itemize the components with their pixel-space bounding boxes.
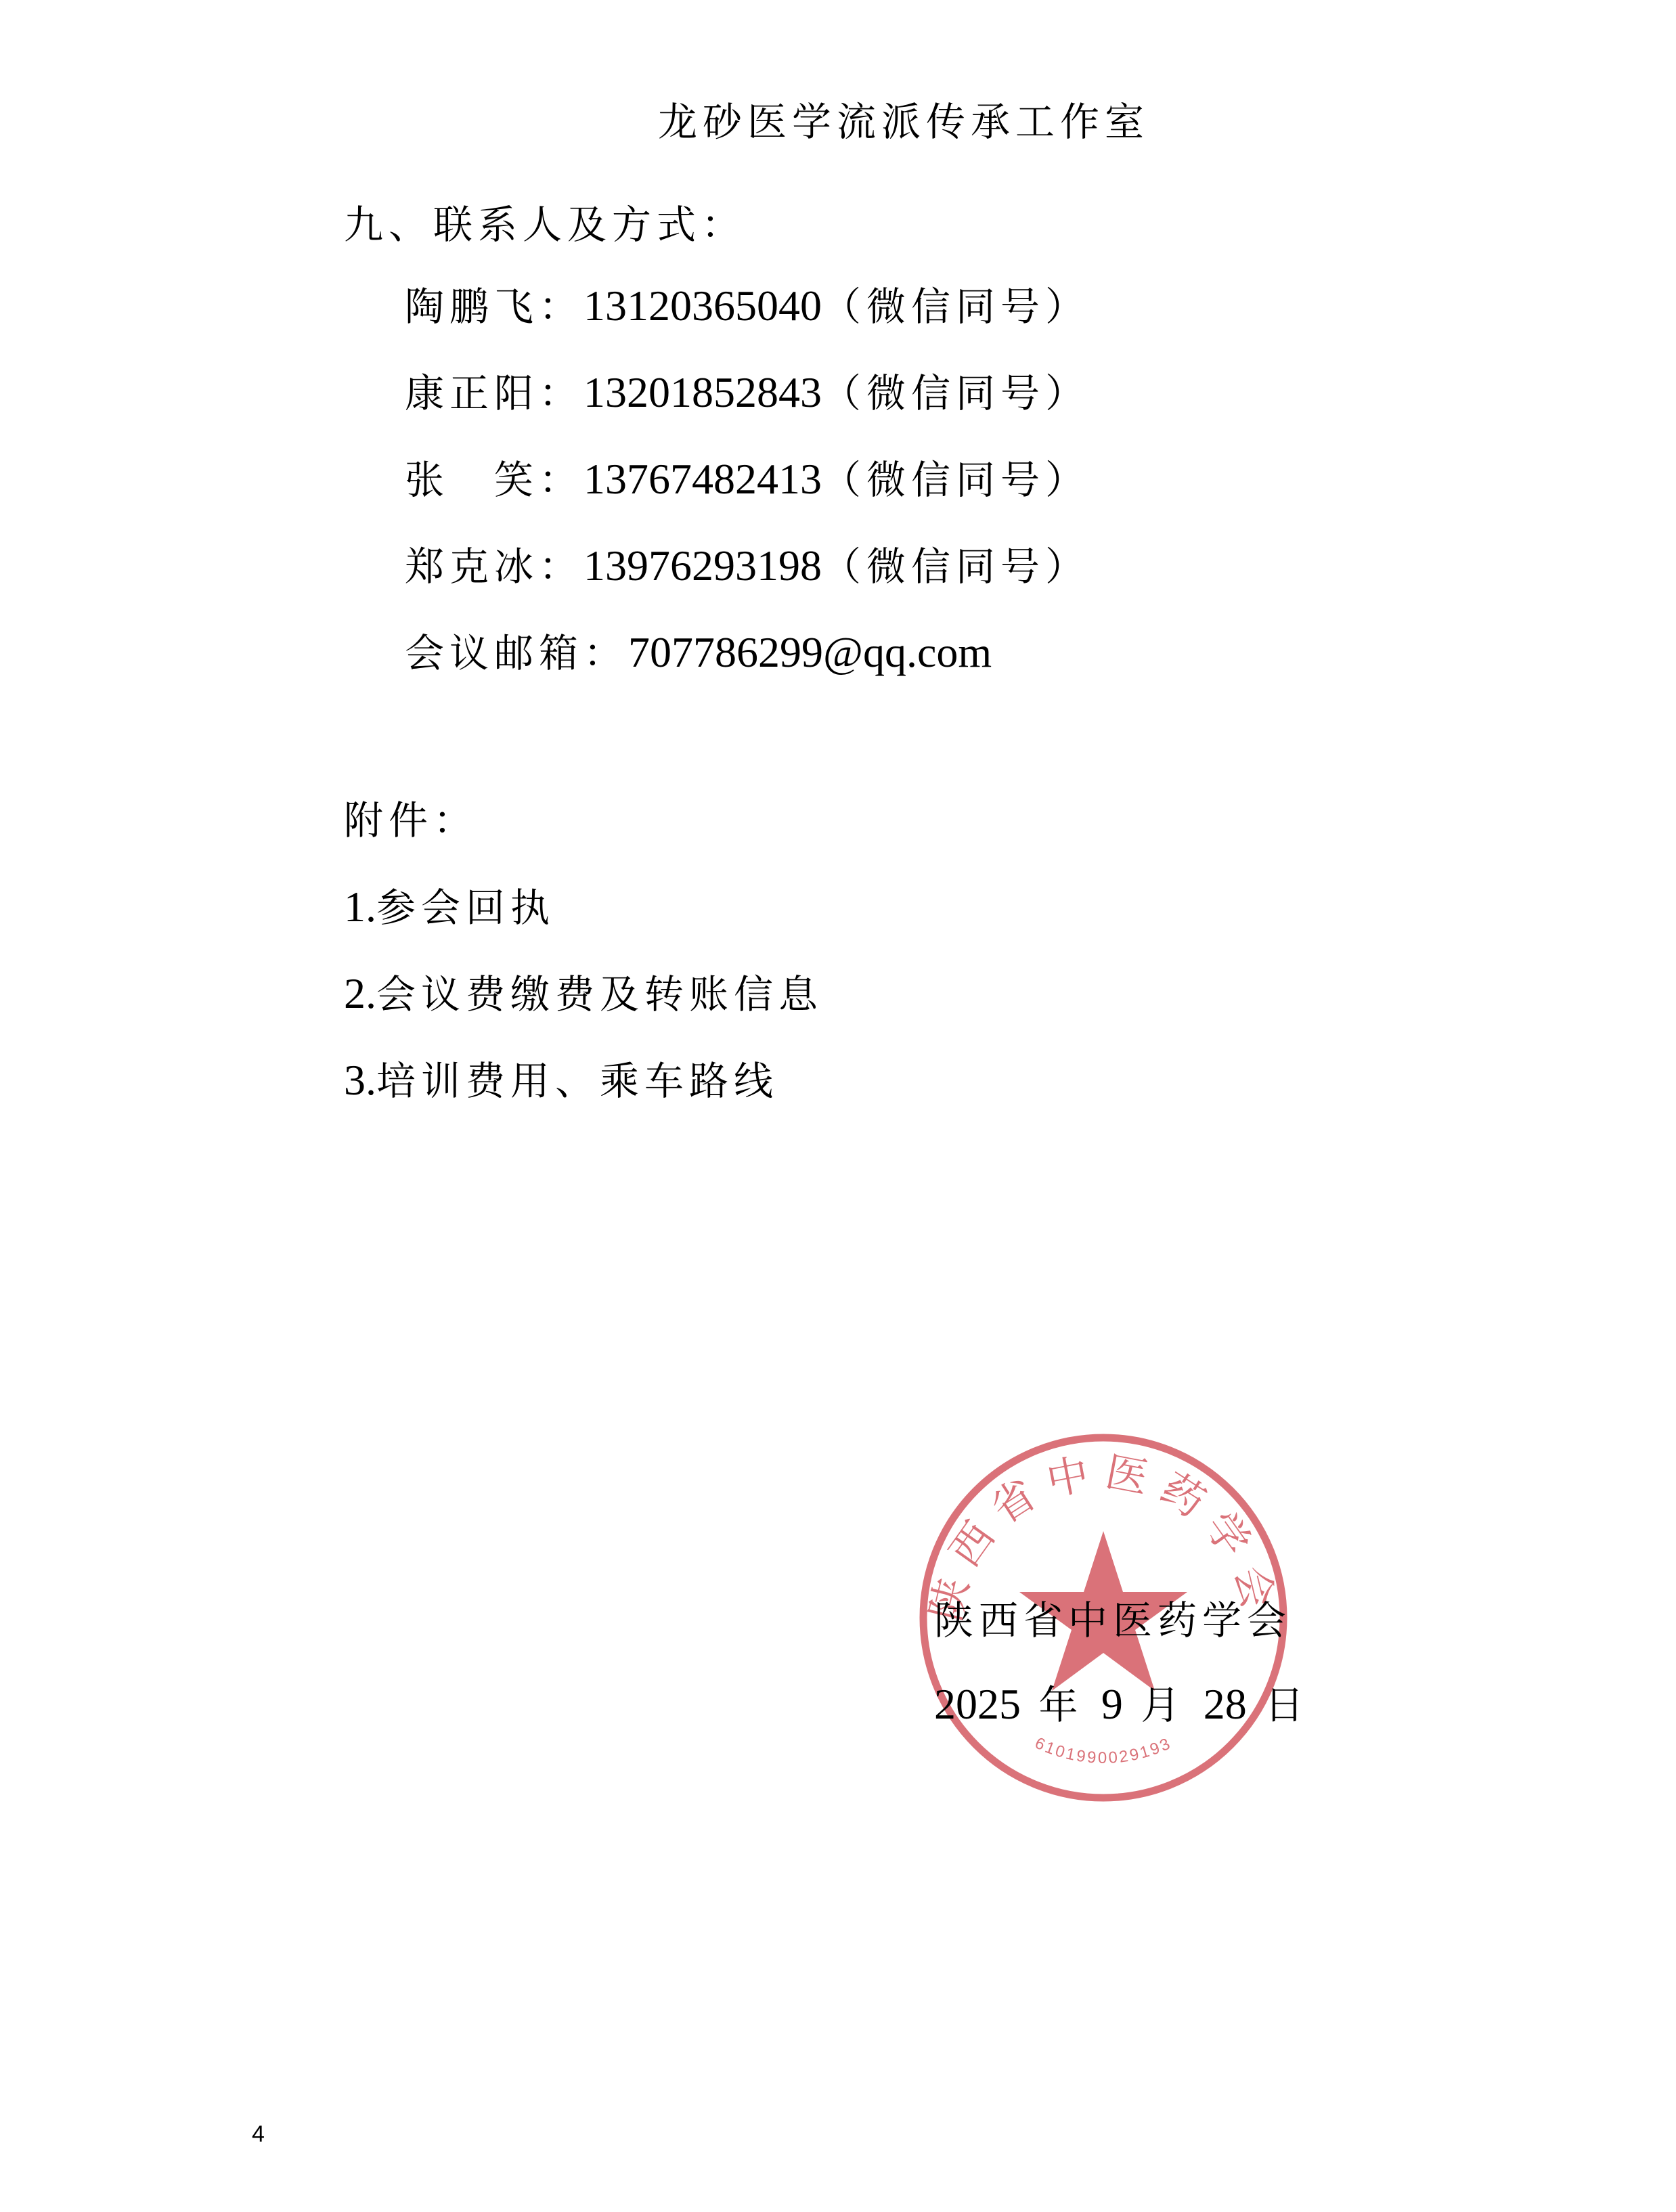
date-day: 28 bbox=[1204, 1680, 1247, 1728]
contact-sep: ： bbox=[539, 457, 583, 503]
contact-sep: ： bbox=[539, 370, 583, 416]
signature-date: 2025 年 9 月 28 日 bbox=[934, 1677, 1309, 1732]
email-link[interactable]: 707786299@qq.com bbox=[628, 628, 992, 676]
date-day-unit: 日 bbox=[1264, 1682, 1309, 1728]
date-month-unit: 月 bbox=[1141, 1682, 1185, 1728]
page-number: 4 bbox=[252, 2121, 265, 2148]
email-row: 会议邮箱：707786299@qq.com bbox=[405, 625, 992, 680]
contact-name: 张 笑 bbox=[405, 457, 539, 503]
date-year-unit: 年 bbox=[1038, 1682, 1083, 1728]
attachment-label: 参会回执 bbox=[376, 885, 555, 931]
contact-sep: ： bbox=[539, 544, 583, 590]
contact-name: 郑克冰 bbox=[405, 544, 539, 590]
attachment-item: 1.参会回执 bbox=[344, 880, 555, 935]
svg-text:6101990029193: 6101990029193 bbox=[1032, 1734, 1174, 1767]
contact-phone: 13120365040 bbox=[583, 282, 822, 330]
contact-name: 陶鹏飞 bbox=[405, 284, 539, 330]
email-label: 会议邮箱： bbox=[405, 630, 628, 676]
contact-row: 张 笑：13767482413（微信同号） bbox=[405, 452, 1090, 507]
section-heading: 九、联系人及方式： bbox=[344, 198, 746, 252]
attachment-item: 3.培训费用、乘车路线 bbox=[344, 1053, 778, 1108]
attachment-item: 2.会议费缴费及转账信息 bbox=[344, 967, 823, 1021]
contact-phone: 13976293198 bbox=[583, 541, 822, 590]
seal-code: 6101990029193 bbox=[1032, 1734, 1174, 1767]
date-year: 2025 bbox=[934, 1680, 1021, 1728]
contact-note: （微信同号） bbox=[822, 544, 1090, 590]
signature-org: 陕西省中医药学会 bbox=[934, 1593, 1292, 1647]
contact-note: （微信同号） bbox=[822, 370, 1090, 416]
attachment-num: 3. bbox=[344, 1056, 376, 1104]
contact-row: 康正阳：13201852843（微信同号） bbox=[405, 366, 1090, 420]
org-line: 龙砂医学流派传承工作室 bbox=[658, 95, 1149, 149]
contact-row: 陶鹏飞：13120365040（微信同号） bbox=[405, 279, 1090, 334]
contact-note: （微信同号） bbox=[822, 284, 1090, 330]
date-month: 9 bbox=[1101, 1680, 1123, 1728]
contact-note: （微信同号） bbox=[822, 457, 1090, 503]
contact-phone: 13201852843 bbox=[583, 368, 822, 416]
contact-name: 康正阳 bbox=[405, 370, 539, 416]
attachment-label: 培训费用、乘车路线 bbox=[376, 1058, 778, 1104]
attachment-num: 1. bbox=[344, 883, 376, 931]
attachment-num: 2. bbox=[344, 969, 376, 1017]
contact-phone: 13767482413 bbox=[583, 455, 822, 503]
contact-sep: ： bbox=[539, 284, 583, 330]
attachments-heading: 附件： bbox=[344, 793, 478, 847]
contact-row: 郑克冰：13976293198（微信同号） bbox=[405, 539, 1090, 594]
attachment-label: 会议费缴费及转账信息 bbox=[376, 971, 823, 1017]
